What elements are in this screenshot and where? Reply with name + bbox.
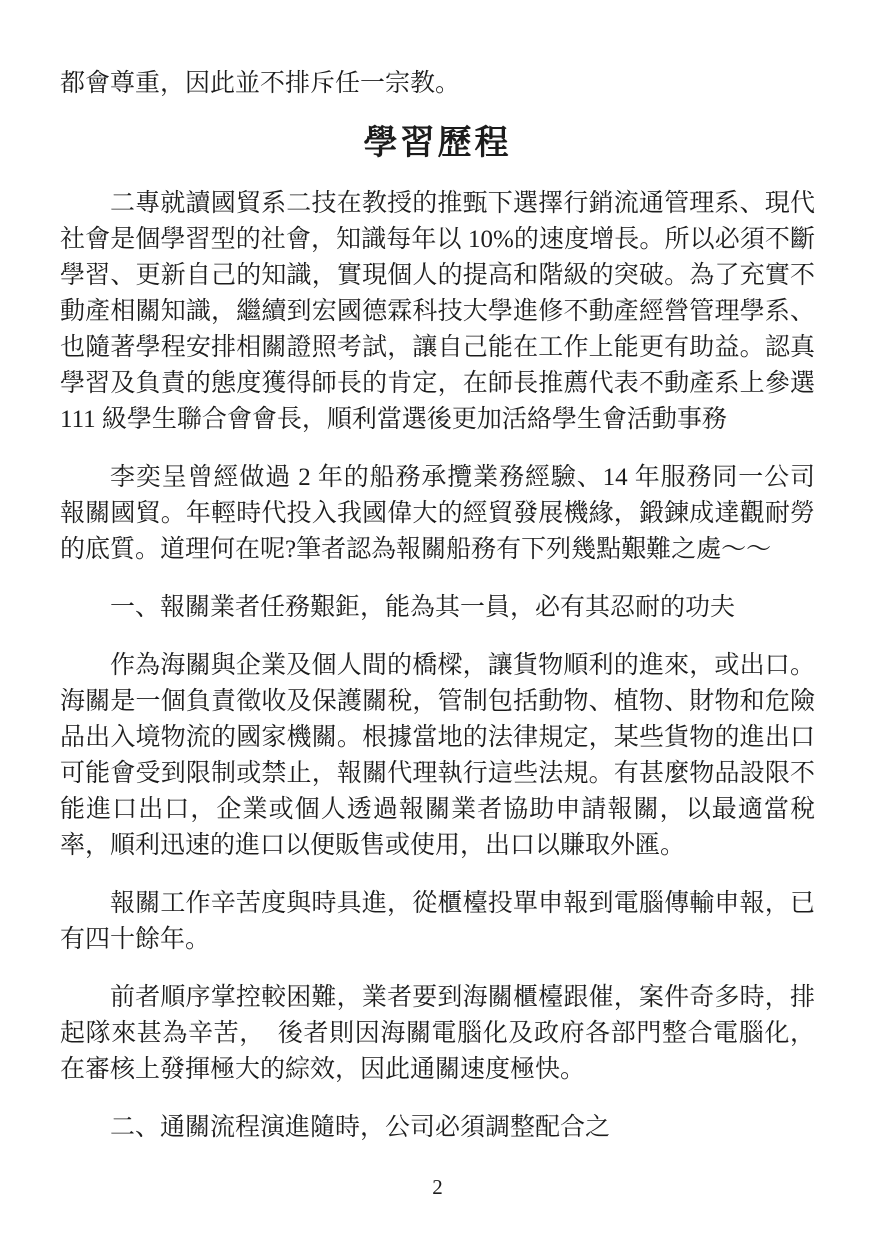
paragraph-customs-work-history: 報關工作辛苦度與時具進，從櫃檯投單申報到電腦傳輸申報，已有四十餘年。 bbox=[60, 886, 815, 958]
page-title: 學習歷程 bbox=[60, 124, 815, 164]
page-number: 2 bbox=[0, 1175, 875, 1199]
continued-paragraph: 都會尊重，因此並不排斥任一宗教。 bbox=[60, 66, 815, 102]
paragraph-customs-comparison: 前者順序掌控較困難，業者要到海關櫃檯跟催，案件奇多時，排起隊來甚為辛苦， 後者則… bbox=[60, 980, 815, 1088]
paragraph-customs-role: 作為海關與企業及個人間的橋樑，讓貨物順利的進來，或出口。海關是一個負責徵收及保護… bbox=[60, 648, 815, 864]
section-point-1-heading: 一、報關業者任務艱鉅，能為其一員，必有其忍耐的功夫 bbox=[60, 590, 815, 626]
document-page: 都會尊重，因此並不排斥任一宗教。 學習歷程 二專就讀國貿系二技在教授的推甄下選擇… bbox=[0, 0, 875, 1240]
paragraph-learning-history: 二專就讀國貿系二技在教授的推甄下選擇行銷流通管理系、現代社會是個學習型的社會，知… bbox=[60, 186, 815, 438]
paragraph-career-intro: 李奕呈曾經做過 2 年的船務承攬業務經驗、14 年服務同一公司報關國貿。年輕時代… bbox=[60, 460, 815, 568]
section-point-2-heading: 二、通關流程演進隨時，公司必須調整配合之 bbox=[60, 1110, 815, 1146]
